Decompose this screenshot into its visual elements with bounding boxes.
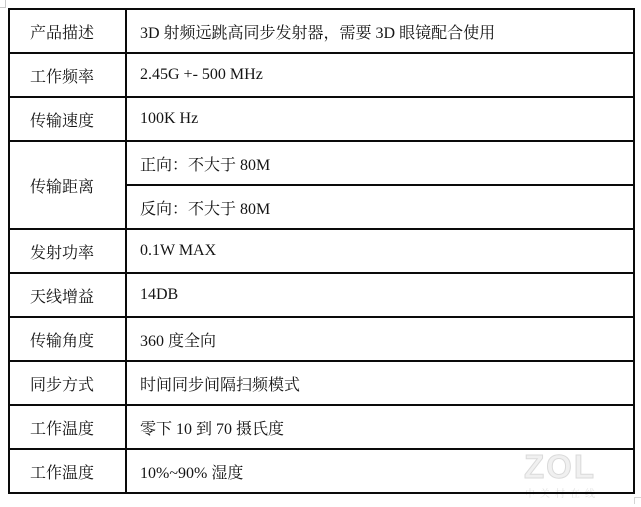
spec-value: 360 度全向: [126, 317, 634, 361]
table-row: 传输角度 360 度全向: [9, 317, 634, 361]
spec-label: 传输速度: [9, 97, 126, 141]
table-resize-handle-icon: [634, 497, 641, 504]
spec-label: 传输距离: [9, 141, 126, 229]
spec-table: 产品描述 3D 射频远跳高同步发射器，需要 3D 眼镜配合使用 工作频率 2.4…: [8, 8, 635, 494]
table-move-handle-icon: [0, 0, 6, 8]
spec-value: 2.45G +- 500 MHz: [126, 53, 634, 97]
spec-value: 时间同步间隔扫频模式: [126, 361, 634, 405]
spec-value: 反向：不大于 80M: [126, 185, 634, 229]
table-row: 产品描述 3D 射频远跳高同步发射器，需要 3D 眼镜配合使用: [9, 9, 634, 53]
spec-label: 发射功率: [9, 229, 126, 273]
table-row: 工作温度 10%~90% 湿度: [9, 449, 634, 493]
spec-value: 0.1W MAX: [126, 229, 634, 273]
spec-label: 工作温度: [9, 449, 126, 493]
spec-label: 产品描述: [9, 9, 126, 53]
spec-value: 零下 10 到 70 摄氏度: [126, 405, 634, 449]
table-row: 同步方式 时间同步间隔扫频模式: [9, 361, 634, 405]
spec-label: 天线增益: [9, 273, 126, 317]
table-row: 天线增益 14DB: [9, 273, 634, 317]
spec-value: 正向：不大于 80M: [126, 141, 634, 185]
table-row: 传输距离 正向：不大于 80M: [9, 141, 634, 185]
spec-value: 10%~90% 湿度: [126, 449, 634, 493]
spec-label: 传输角度: [9, 317, 126, 361]
table-row: 工作温度 零下 10 到 70 摄氏度: [9, 405, 634, 449]
table-row: 工作频率 2.45G +- 500 MHz: [9, 53, 634, 97]
spec-label: 同步方式: [9, 361, 126, 405]
spec-value: 3D 射频远跳高同步发射器，需要 3D 眼镜配合使用: [126, 9, 634, 53]
spec-value: 14DB: [126, 273, 634, 317]
spec-label: 工作温度: [9, 405, 126, 449]
table-row: 传输速度 100K Hz: [9, 97, 634, 141]
spec-label: 工作频率: [9, 53, 126, 97]
page: ZOL 中关村在线 产品描述 3D 射频远跳高同步发射器，需要 3D 眼镜配合使…: [0, 0, 641, 507]
spec-value: 100K Hz: [126, 97, 634, 141]
table-row: 发射功率 0.1W MAX: [9, 229, 634, 273]
